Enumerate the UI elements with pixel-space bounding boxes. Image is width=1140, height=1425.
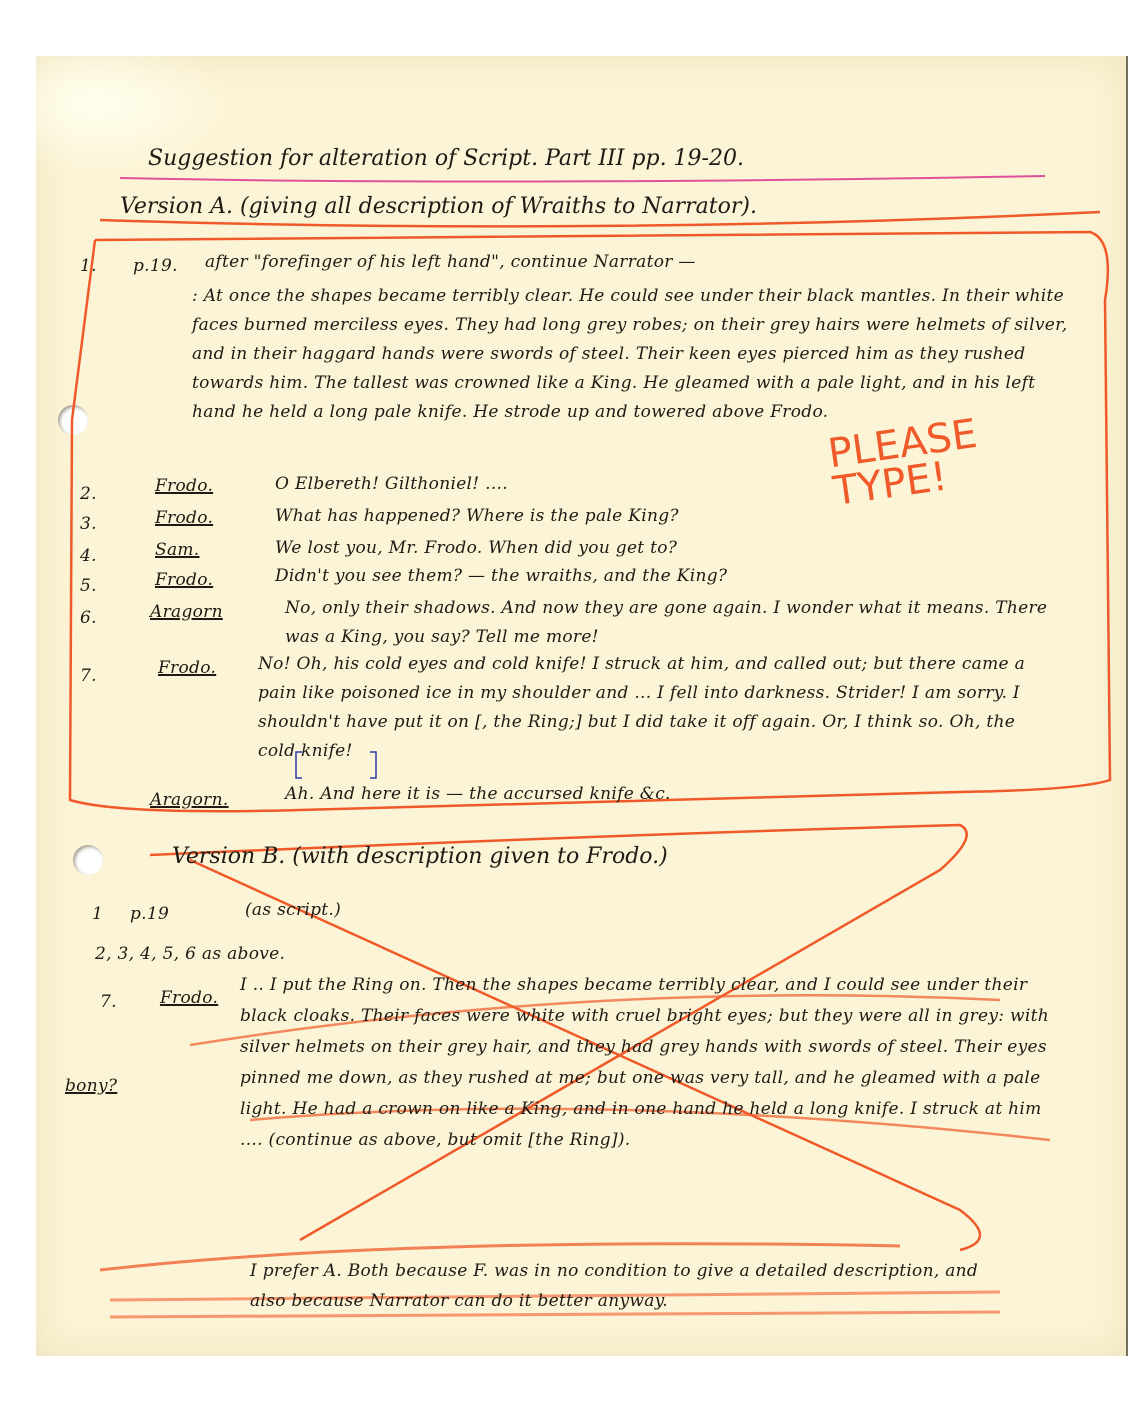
dialogue-line: I .. I put the Ring on. Then the shapes … (240, 970, 1050, 1156)
item-number: 3. (80, 516, 97, 533)
speaker-name: Aragorn (150, 604, 223, 621)
speaker-name: Aragorn. (150, 792, 229, 809)
item-number: 6. (80, 610, 97, 627)
item-number: 4. (80, 548, 97, 565)
version-a-heading: Version A. (giving all description of Wr… (120, 196, 757, 218)
item-number: 1 (92, 906, 103, 923)
narrator-paragraph: : At once the shapes became terribly cle… (192, 282, 1072, 427)
item-text: (as script.) (245, 902, 341, 919)
item-number: 2. (80, 486, 97, 503)
speaker-name: Frodo. (160, 990, 218, 1007)
item-number: 5. (80, 578, 97, 595)
item-number: 7. (100, 994, 117, 1011)
speaker-name: Frodo. (158, 660, 216, 677)
dialogue-line: Didn't you see them? — the wraiths, and … (275, 568, 727, 585)
item-number: 1. (80, 258, 97, 275)
version-b-heading: Version B. (with description given to Fr… (172, 846, 668, 868)
dialogue-line: No! Oh, his cold eyes and cold knife! I … (258, 650, 1058, 766)
dialogue-line: No, only their shadows. And now they are… (285, 594, 1065, 652)
speaker-name: Frodo. (155, 572, 213, 589)
speaker-name: Sam. (155, 542, 200, 559)
margin-note: bony? (65, 1078, 117, 1095)
conclusion-note: I prefer A. Both because F. was in no co… (250, 1256, 990, 1316)
item-text: 2, 3, 4, 5, 6 as above. (95, 946, 285, 963)
dialogue-line: Ah. And here it is — the accursed knife … (285, 786, 671, 803)
speaker-name: Frodo. (155, 510, 213, 527)
item-text: after "forefinger of his left hand", con… (205, 254, 696, 271)
item-number: 7. (80, 668, 97, 685)
document-title: Suggestion for alteration of Script. Par… (148, 148, 744, 170)
dialogue-line: What has happened? Where is the pale Kin… (275, 508, 679, 525)
speaker-name: Frodo. (155, 478, 213, 495)
dialogue-line: O Elbereth! Gilthoniel! .... (275, 476, 508, 493)
page-ref: p.19. (133, 258, 178, 275)
page-ref: p.19 (130, 906, 169, 923)
dialogue-line: We lost you, Mr. Frodo. When did you get… (275, 540, 677, 557)
